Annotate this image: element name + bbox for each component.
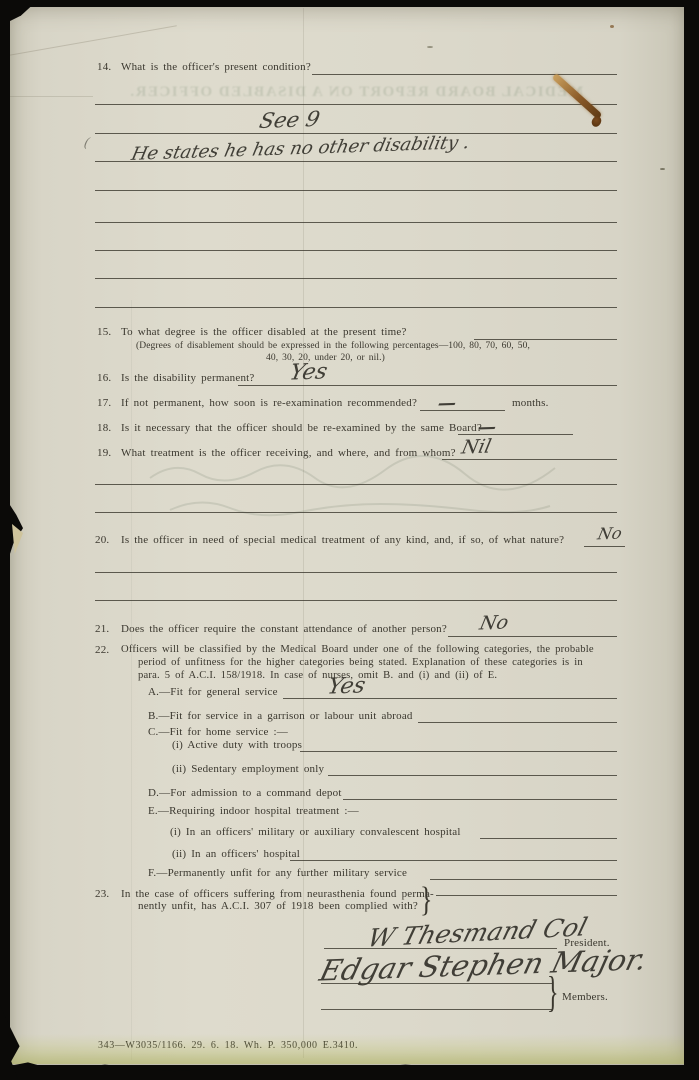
- ruled-line: [95, 104, 617, 105]
- q17-answer-line: [420, 410, 505, 411]
- q16-text: Is the disability permanent?: [121, 372, 254, 385]
- q22-category-f-line: [430, 879, 617, 880]
- q14-answer-line: [312, 74, 617, 75]
- ruled-line: [95, 161, 617, 162]
- ruled-line: [95, 484, 617, 485]
- paper-speck: [427, 46, 433, 48]
- member-signature-line1: [321, 983, 553, 984]
- q23-answer-line: [436, 895, 617, 896]
- q15-text: To what degree is the officer disabled a…: [121, 326, 407, 339]
- q22-category-e2-line: [290, 860, 617, 861]
- members-brace: }: [547, 970, 559, 1019]
- q22-category-e1: (i) In an officers' military or auxiliar…: [170, 826, 461, 839]
- scanned-medical-board-form: MEDICAL BOARD REPORT ON A DISABLED OFFIC…: [0, 0, 699, 1080]
- q22-category-a-answer: Yes: [325, 673, 368, 699]
- ruled-line: [95, 600, 617, 601]
- q22-intro-line2: period of unfitness for the higher categ…: [138, 657, 583, 669]
- q23-text-line1: In the case of officers suffering from n…: [121, 888, 434, 901]
- q22-category-d-line: [343, 799, 617, 800]
- q20-number: 20.: [95, 534, 109, 547]
- q20-answer-line: [584, 546, 625, 547]
- q22-category-d: D.—For admission to a command depot: [148, 787, 342, 800]
- bottom-discoloration: [8, 1034, 686, 1064]
- q20-handwritten-answer: No: [596, 524, 624, 544]
- member-signature-line2: [321, 1009, 553, 1010]
- q22-category-e2: (ii) In an officers' hospital: [172, 848, 300, 861]
- q22-category-c2: (ii) Sedentary employment only: [172, 763, 324, 776]
- q18-number: 18.: [97, 422, 111, 435]
- q17-text: If not permanent, how soon is re-examina…: [121, 397, 417, 410]
- q22-category-c2-line: [328, 775, 617, 776]
- q22-intro-line1: Officers will be classified by the Medic…: [121, 644, 594, 656]
- q14-number: 14.: [97, 61, 111, 74]
- scan-edge-right: [684, 0, 699, 1080]
- q19-text: What treatment is the officer receiving,…: [121, 447, 456, 460]
- q22-category-b: B.—Fit for service in a garrison or labo…: [148, 710, 413, 723]
- members-label: Members.: [562, 991, 608, 1004]
- q23-brace: }: [420, 880, 432, 921]
- ruled-line: [95, 307, 617, 308]
- q23-text-line2: nently unfit, has A.C.I. 307 of 1918 bee…: [138, 900, 418, 913]
- q16-handwritten-answer: Yes: [287, 359, 330, 385]
- q22-category-c1-line: [300, 751, 617, 752]
- q14-handwritten-note: See 9: [257, 107, 322, 133]
- q22-category-e1-line: [480, 838, 617, 839]
- q21-answer-line: [448, 636, 617, 637]
- q17-suffix: months.: [512, 397, 549, 410]
- q19-number: 19.: [97, 447, 111, 460]
- q22-intro-line3: para. 5 of A.C.I. 158/1918. In case of n…: [138, 670, 497, 682]
- scan-edge-top: [0, 0, 699, 7]
- ruled-line: [95, 133, 617, 134]
- q14-text: What is the officer's present condition?: [121, 61, 311, 74]
- pencil-show-through: [130, 448, 600, 528]
- ruled-line: [95, 250, 617, 251]
- q15-number: 15.: [97, 326, 111, 339]
- ruled-line: [95, 222, 617, 223]
- q20-text: Is the officer in need of special medica…: [121, 534, 564, 547]
- ruled-line: [95, 512, 617, 513]
- q21-number: 21.: [95, 623, 109, 636]
- show-through-title: MEDICAL BOARD REPORT ON A DISABLED OFFIC…: [95, 84, 617, 101]
- q19-handwritten-answer: Nil: [460, 436, 494, 459]
- q17-number: 17.: [97, 397, 111, 410]
- q23-number: 23.: [95, 888, 109, 901]
- ruled-line: [95, 572, 617, 573]
- q18-text: Is it necessary that the officer should …: [121, 422, 482, 435]
- q22-category-a: A.—Fit for general service: [148, 686, 278, 699]
- q22-category-c1: (i) Active duty with troops: [172, 739, 302, 752]
- q15-answer-line: [474, 339, 617, 340]
- q22-category-f: F.—Permanently unfit for any further mil…: [148, 867, 407, 880]
- q15-note-line1: (Degrees of disablement should be expres…: [136, 341, 530, 352]
- q22-category-e: E.—Requiring indoor hospital treatment :…: [148, 805, 359, 818]
- ruled-line: [95, 190, 617, 191]
- paper-speck: [660, 168, 665, 170]
- paper-speck: [610, 25, 614, 28]
- q22-number: 22.: [95, 644, 109, 657]
- ruled-line: [95, 278, 617, 279]
- q22-category-c: C.—Fit for home service :—: [148, 726, 288, 739]
- q22-category-b-line: [418, 722, 617, 723]
- q19-answer-line: [442, 459, 617, 460]
- q16-number: 16.: [97, 372, 111, 385]
- q21-text: Does the officer require the constant at…: [121, 623, 447, 636]
- q21-handwritten-answer: No: [478, 612, 511, 635]
